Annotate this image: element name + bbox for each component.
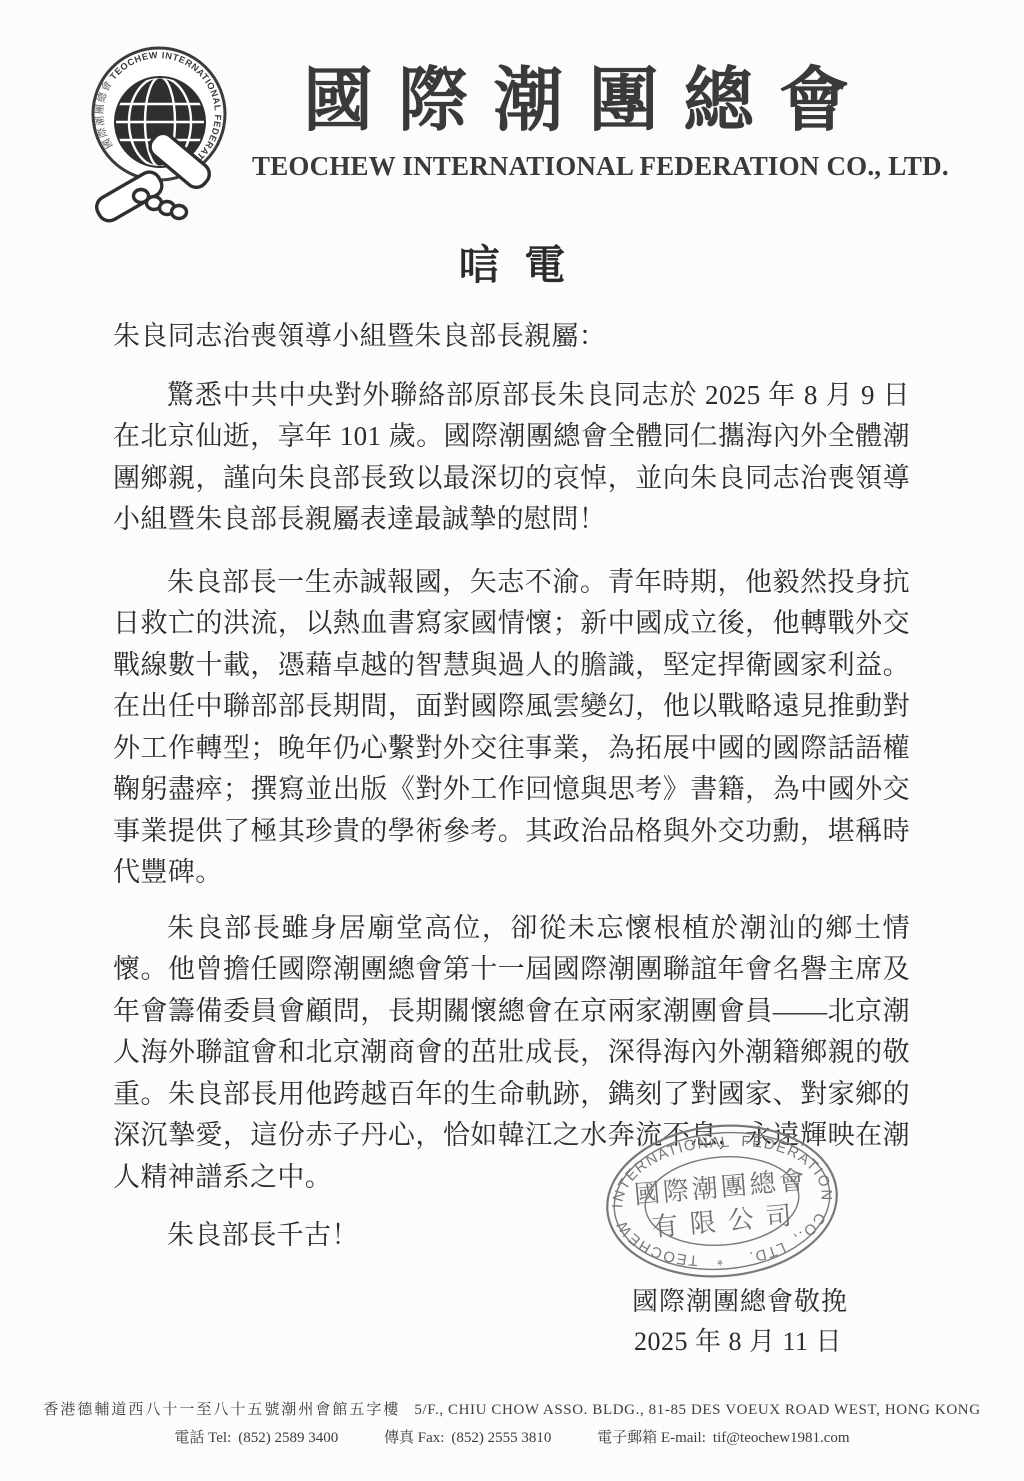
footer-email: 電子郵箱 E-mail:tif@teochew1981.com	[597, 1430, 849, 1446]
footer-tel: 電話 Tel:(852) 2589 3400	[174, 1430, 338, 1446]
federation-logo: TEOCHEW INTERNATIONAL FEDERATION 國際潮團總會	[84, 46, 234, 232]
email-label: 電子郵箱 E-mail:	[597, 1430, 706, 1446]
letter-body: 朱良同志治喪領導小組暨朱良部長親屬： 驚悉中共中央對外聯絡部原部長朱良同志於 2…	[113, 316, 910, 1257]
paragraph-1: 驚悉中共中央對外聯絡部原部長朱良同志於 2025 年 8 月 9 日在北京仙逝，…	[113, 375, 910, 541]
fax-number: (852) 2555 3810	[451, 1430, 551, 1446]
fax-label: 傳真 Fax:	[384, 1430, 444, 1446]
footer-address-en: 5/F., CHIU CHOW ASSO. BLDG., 81-85 DES V…	[414, 1402, 980, 1418]
salutation: 朱良同志治喪領導小組暨朱良部長親屬：	[113, 316, 910, 358]
footer-address: 香港德輔道西八十一至八十五號潮州會館五字樓5/F., CHIU CHOW ASS…	[0, 1398, 1024, 1419]
org-name-en: TEOCHEW INTERNATIONAL FEDERATION CO., LT…	[252, 151, 900, 182]
paragraph-2: 朱良部長一生赤誠報國，矢志不渝。青年時期，他毅然投身抗日救亡的洪流，以熱血書寫家…	[113, 562, 910, 894]
footer: 香港德輔道西八十一至八十五號潮州會館五字樓5/F., CHIU CHOW ASS…	[0, 1398, 1024, 1447]
document-title: 唁電	[0, 232, 1024, 291]
seal-star: *	[714, 1251, 723, 1269]
signature-line: 國際潮團總會敬挽	[632, 1281, 848, 1318]
org-name-zh: 國際潮團總會	[252, 58, 900, 146]
document-page: TEOCHEW INTERNATIONAL FEDERATION 國際潮團總會	[0, 0, 1024, 1481]
footer-contacts: 電話 Tel:(852) 2589 3400 傳真 Fax:(852) 2555…	[0, 1426, 1024, 1447]
footer-fax: 傳真 Fax:(852) 2555 3810	[384, 1430, 551, 1446]
email-address: tif@teochew1981.com	[713, 1430, 850, 1446]
company-seal: * TEOCHEW INTERNATIONAL FEDERATION CO., …	[600, 1118, 844, 1284]
tel-number: (852) 2589 3400	[238, 1430, 338, 1446]
footer-address-zh: 香港德輔道西八十一至八十五號潮州會館五字樓	[43, 1402, 400, 1418]
tel-label: 電話 Tel:	[174, 1430, 231, 1446]
seal-center-zh-2: 有限公司	[651, 1200, 805, 1242]
date-line: 2025 年 8 月 11 日	[634, 1321, 842, 1358]
